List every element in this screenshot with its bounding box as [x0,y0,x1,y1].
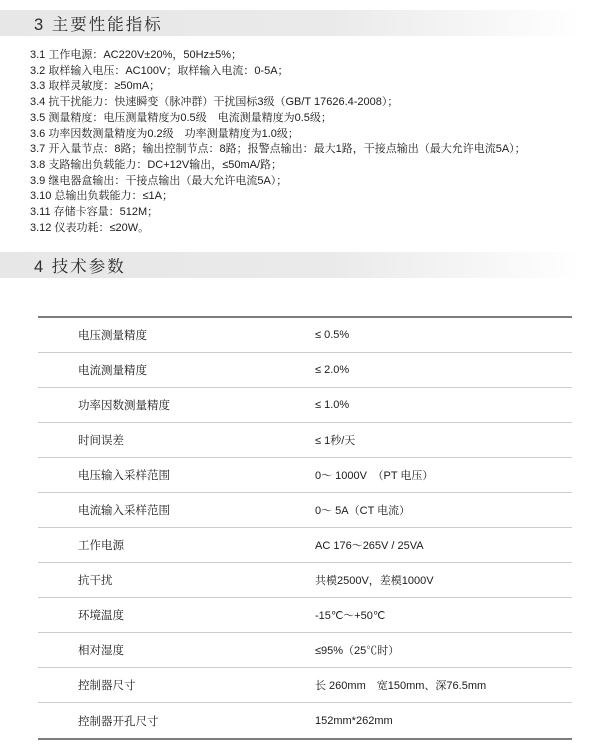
param-row: 时间误差≤ 1秒/天 [38,423,572,458]
param-label: 功率因数测量精度 [38,397,315,413]
param-label: 电压输入采样范围 [38,467,315,483]
param-value: 152mm*262mm [315,715,393,727]
section-4-header: 4 技术参数 [0,252,600,278]
spec-item: 3.10 总输出负载能力：≤1A； [30,189,600,205]
param-row: 工作电源AC 176～265V / 25VA [38,528,572,563]
param-label: 电流测量精度 [38,362,315,378]
spec-item: 3.4 抗干扰能力：快速瞬变（脉冲群）干扰国标3级（GB/T 17626.4-2… [30,95,600,111]
param-label: 时间误差 [38,432,315,448]
spec-item: 3.8 支路输出负载能力：DC+12V输出，≤50mA/路； [30,158,600,174]
param-value: 0～ 1000V （PT 电压） [315,467,433,483]
param-label: 工作电源 [38,537,315,553]
param-row: 功率因数测量精度≤ 1.0% [38,388,572,423]
param-value: 0～ 5A（CT 电流） [315,502,410,518]
param-label: 电流输入采样范围 [38,502,315,518]
param-value: -15℃～+50℃ [315,607,385,623]
param-value: 长 260mm 宽150mm、深76.5mm [315,677,486,693]
spec-item: 3.5 测量精度：电压测量精度为0.5级 电流测量精度为0.5级； [30,111,600,127]
spec-item: 3.1 工作电源：AC220V±20%，50Hz±5%； [30,48,600,64]
spec-item: 3.2 取样输入电压：AC100V；取样输入电流：0-5A； [30,64,600,80]
section-4-title: 4 技术参数 [34,253,126,277]
spec-item: 3.7 开入量节点：8路；输出控制节点：8路；报警点输出：最大1路，干接点输出（… [30,142,600,158]
param-value: ≤95%（25℃时） [315,642,399,658]
param-label: 控制器开孔尺寸 [38,713,315,729]
spec-item: 3.3 取样灵敏度：≥50mA； [30,79,600,95]
params-table: 电压测量精度≤ 0.5%电流测量精度≤ 2.0%功率因数测量精度≤ 1.0%时间… [38,316,572,740]
param-row: 抗干扰共模2500V，差模1000V [38,563,572,598]
param-value: AC 176～265V / 25VA [315,537,424,553]
param-label: 抗干扰 [38,572,315,588]
param-row: 控制器尺寸长 260mm 宽150mm、深76.5mm [38,668,572,703]
param-row: 电流输入采样范围0～ 5A（CT 电流） [38,493,572,528]
param-row: 控制器开孔尺寸152mm*262mm [38,703,572,738]
param-row: 电流测量精度≤ 2.0% [38,353,572,388]
param-value: ≤ 0.5% [315,329,349,341]
param-value: ≤ 1.0% [315,399,349,411]
param-value: ≤ 2.0% [315,364,349,376]
param-label: 控制器尺寸 [38,677,315,693]
param-label: 环境温度 [38,607,315,623]
param-value: ≤ 1秒/天 [315,432,355,448]
spec-item: 3.12 仪表功耗：≤20W。 [30,221,600,237]
param-row: 电压测量精度≤ 0.5% [38,318,572,353]
section-3-title: 3 主要性能指标 [34,11,163,35]
spec-item: 3.11 存储卡容量：512M； [30,205,600,221]
section-3-header: 3 主要性能指标 [0,10,600,36]
param-row: 相对湿度≤95%（25℃时） [38,633,572,668]
param-row: 环境温度-15℃～+50℃ [38,598,572,633]
param-value: 共模2500V，差模1000V [315,572,434,588]
spec-item: 3.9 继电器盒输出：干接点输出（最大允许电流5A）； [30,174,600,190]
spec-list: 3.1 工作电源：AC220V±20%，50Hz±5%；3.2 取样输入电压：A… [30,48,600,236]
param-row: 电压输入采样范围0～ 1000V （PT 电压） [38,458,572,493]
param-label: 电压测量精度 [38,327,315,343]
spec-item: 3.6 功率因数测量精度为0.2级 功率测量精度为1.0级； [30,127,600,143]
param-label: 相对湿度 [38,642,315,658]
page-root: 3 主要性能指标 3.1 工作电源：AC220V±20%，50Hz±5%；3.2… [0,10,600,740]
